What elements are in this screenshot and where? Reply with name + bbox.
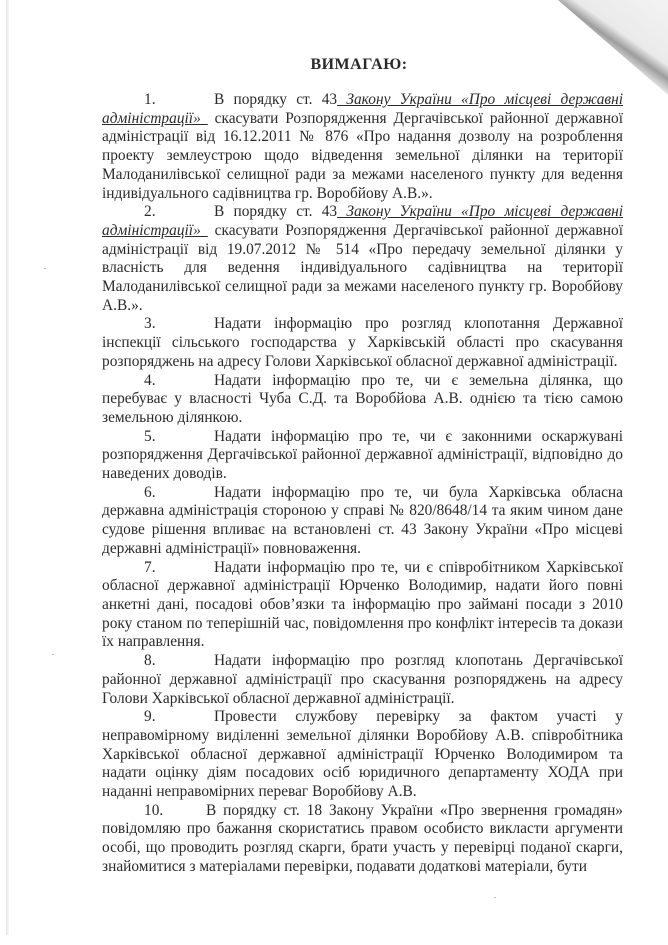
demand-item-5: 5.Надати інформацію про те, чи є законни… (102, 428, 623, 484)
demand-item-8: 8.Надати інформацію про розгляд клопотан… (102, 652, 623, 708)
item-number: 4. (102, 372, 214, 391)
demand-item-10: 10.В порядку ст. 18 Закону України «Про … (102, 802, 623, 877)
item-number: 2. (102, 203, 214, 222)
item-number: 8. (102, 652, 214, 671)
demand-item-7: 7.Надати інформацію про те, чи є співроб… (102, 559, 623, 653)
document-title: ВИМАГАЮ: (0, 56, 668, 74)
scan-speck (494, 897, 496, 898)
demands-list: 1.В порядку ст. 43 Закону України «Про м… (102, 91, 623, 877)
scan-edge-shadow (6, 0, 9, 935)
item-number: 6. (102, 484, 214, 503)
document-page: ВИМАГАЮ: 1.В порядку ст. 43 Закону Украї… (0, 0, 668, 945)
item-lead: В порядку ст. 43 (214, 91, 337, 108)
demand-item-2: 2.В порядку ст. 43 Закону України «Про м… (102, 203, 623, 315)
demand-item-4: 4.Надати інформацію про те, чи є земельн… (102, 372, 623, 428)
item-number: 3. (102, 315, 214, 334)
demand-item-9: 9.Провести службову перевірку за фактом … (102, 708, 623, 802)
item-number: 7. (102, 559, 214, 578)
item-number: 9. (102, 708, 214, 727)
page-corner-fold (558, 0, 668, 95)
item-number: 1. (102, 91, 214, 110)
demand-item-1: 1.В порядку ст. 43 Закону України «Про м… (102, 91, 623, 203)
item-lead: В порядку ст. 43 (214, 203, 337, 220)
demand-item-3: 3.Надати інформацію про розгляд клопотан… (102, 315, 623, 371)
scan-speck (44, 268, 46, 269)
item-number: 5. (102, 428, 214, 447)
demand-item-6: 6.Надати інформацію про те, чи була Харк… (102, 484, 623, 559)
scan-speck (52, 654, 54, 655)
item-number: 10. (102, 802, 206, 821)
